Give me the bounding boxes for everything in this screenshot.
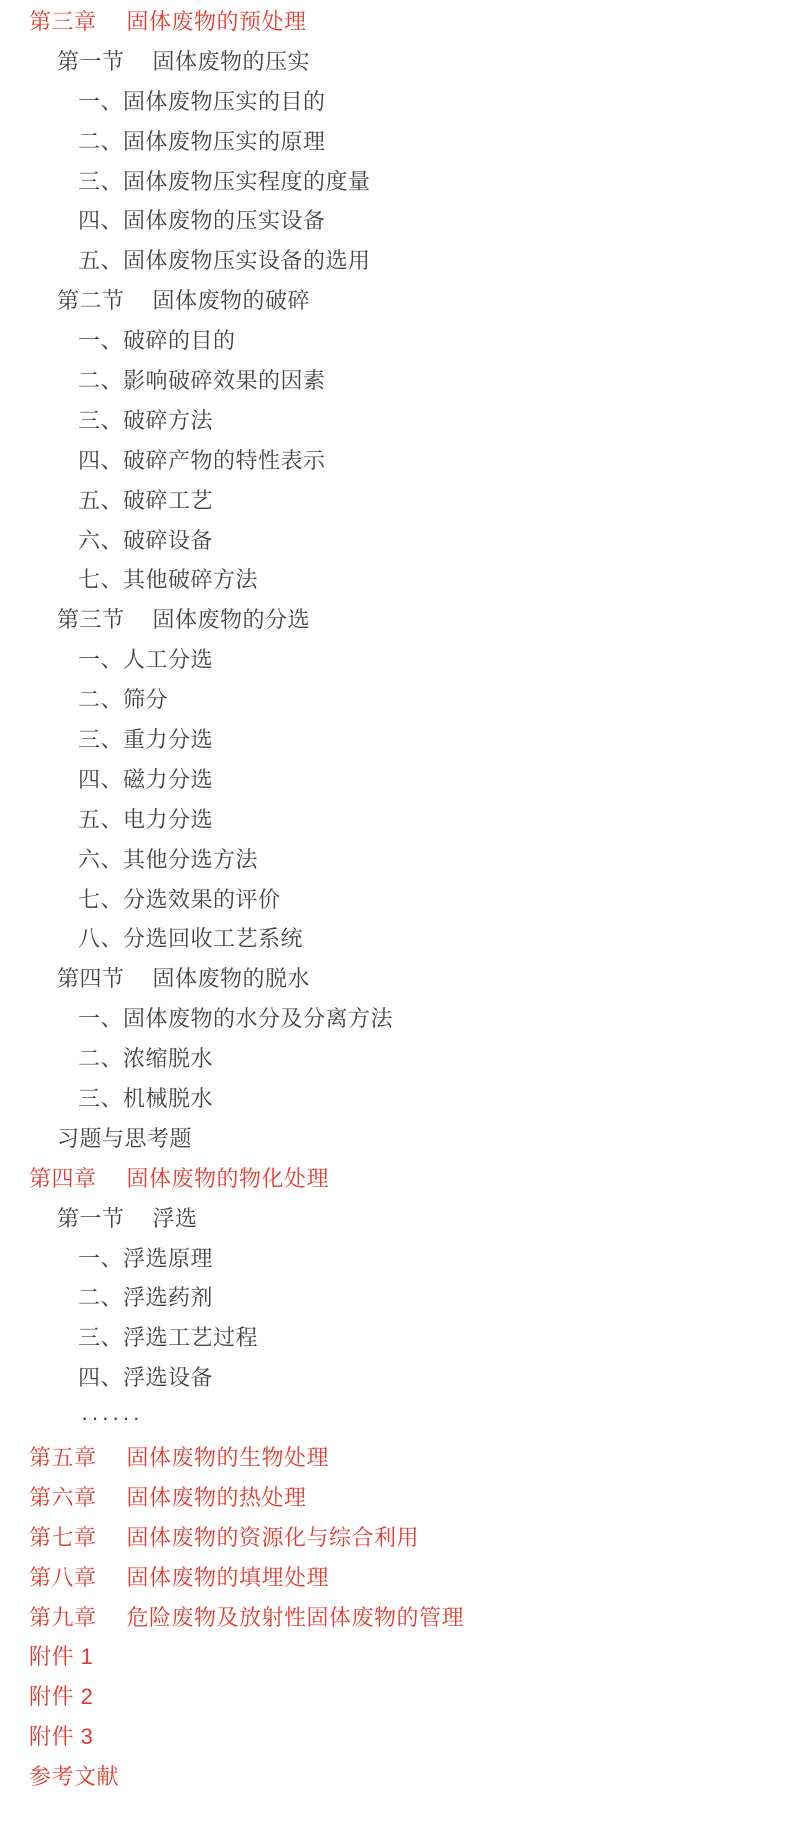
toc-line-back: 附件 3 bbox=[0, 1717, 790, 1757]
toc-entry-text: 四、破碎产物的特性表示 bbox=[78, 450, 326, 472]
section-title: 固体废物的脱水 bbox=[153, 968, 311, 990]
toc-entry-text: 二、固体废物压实的原理 bbox=[78, 131, 326, 153]
toc-line-chapter: 第九章危险废物及放射性固体废物的管理 bbox=[0, 1598, 790, 1638]
toc-entry-text: 一、破碎的目的 bbox=[78, 330, 236, 352]
toc-line-chapter: 第六章固体废物的热处理 bbox=[0, 1478, 790, 1518]
toc-line-chapter: 第三章固体废物的预处理 bbox=[0, 2, 790, 42]
chapter-label: 第八章 bbox=[29, 1567, 97, 1589]
toc-line-item: 二、浓缩脱水 bbox=[0, 1039, 790, 1079]
toc-entry-text: 二、浓缩脱水 bbox=[78, 1048, 213, 1070]
toc-line-item: 一、浮选原理 bbox=[0, 1239, 790, 1279]
toc-line-item: 一、破碎的目的 bbox=[0, 321, 790, 361]
chapter-title: 固体废物的物化处理 bbox=[127, 1168, 330, 1190]
ellipsis-text: ······ bbox=[81, 1407, 143, 1429]
toc-entry-text: 二、筛分 bbox=[78, 689, 168, 711]
chapter-label: 第六章 bbox=[29, 1487, 97, 1509]
chapter-label: 第七章 bbox=[29, 1527, 97, 1549]
toc-entry-text: 二、浮选药剂 bbox=[78, 1287, 213, 1309]
section-label: 第一节 bbox=[57, 1208, 125, 1230]
toc-line-ellipsis: ······ bbox=[0, 1398, 790, 1438]
toc-entry-text: 七、分选效果的评价 bbox=[78, 889, 281, 911]
toc-line-section: 第三节固体废物的分选 bbox=[0, 600, 790, 640]
toc-line-item: 三、浮选工艺过程 bbox=[0, 1318, 790, 1358]
toc-line-item: 二、影响破碎效果的因素 bbox=[0, 361, 790, 401]
toc-line-item: 二、筛分 bbox=[0, 680, 790, 720]
toc-entry-text: 三、破碎方法 bbox=[78, 410, 213, 432]
section-title: 浮选 bbox=[153, 1208, 198, 1230]
toc-entry-text: 五、电力分选 bbox=[78, 809, 213, 831]
toc-line-item: 八、分选回收工艺系统 bbox=[0, 919, 790, 959]
toc-line-item: 三、机械脱水 bbox=[0, 1079, 790, 1119]
toc-line-item: 五、破碎工艺 bbox=[0, 481, 790, 521]
toc-entry-text: 四、固体废物的压实设备 bbox=[78, 210, 326, 232]
toc-line-item: 六、破碎设备 bbox=[0, 521, 790, 561]
toc-line-chapter: 第五章固体废物的生物处理 bbox=[0, 1438, 790, 1478]
toc-line-back: 参考文献 bbox=[0, 1757, 790, 1797]
section-label: 第二节 bbox=[57, 290, 125, 312]
toc-entry-text: 三、固体废物压实程度的度量 bbox=[78, 171, 371, 193]
toc-entry-text: 一、浮选原理 bbox=[78, 1248, 213, 1270]
toc-entry-text: 五、破碎工艺 bbox=[78, 490, 213, 512]
toc-entry-text: 六、破碎设备 bbox=[78, 530, 213, 552]
toc-entry-text: 一、固体废物的水分及分离方法 bbox=[78, 1008, 393, 1030]
toc-entry-text: 一、人工分选 bbox=[78, 649, 213, 671]
toc-line-chapter: 第四章固体废物的物化处理 bbox=[0, 1159, 790, 1199]
section-title: 固体废物的压实 bbox=[153, 51, 311, 73]
toc-line-item: 四、破碎产物的特性表示 bbox=[0, 441, 790, 481]
toc-line-section: 第四节固体废物的脱水 bbox=[0, 959, 790, 999]
toc-line-item: 一、固体废物压实的目的 bbox=[0, 82, 790, 122]
toc-line-item: 六、其他分选方法 bbox=[0, 840, 790, 880]
toc-entry-text: 四、磁力分选 bbox=[78, 769, 213, 791]
toc-line-section: 第二节固体废物的破碎 bbox=[0, 281, 790, 321]
table-of-contents: 第三章固体废物的预处理第一节固体废物的压实一、固体废物压实的目的二、固体废物压实… bbox=[0, 0, 790, 1797]
toc-entry-text: 二、影响破碎效果的因素 bbox=[78, 370, 326, 392]
toc-entry-text: 四、浮选设备 bbox=[78, 1367, 213, 1389]
toc-line-item: 一、固体废物的水分及分离方法 bbox=[0, 999, 790, 1039]
toc-entry-text: 七、其他破碎方法 bbox=[78, 569, 258, 591]
toc-line-item: 五、固体废物压实设备的选用 bbox=[0, 241, 790, 281]
toc-line-back: 附件 1 bbox=[0, 1638, 790, 1678]
toc-line-chapter: 第八章固体废物的填埋处理 bbox=[0, 1558, 790, 1598]
chapter-title: 固体废物的预处理 bbox=[127, 11, 307, 33]
toc-entry-text: 附件 1 bbox=[29, 1646, 93, 1668]
toc-line-item: 四、固体废物的压实设备 bbox=[0, 201, 790, 241]
toc-line-plain: 习题与思考题 bbox=[0, 1119, 790, 1159]
chapter-title: 固体废物的热处理 bbox=[127, 1487, 307, 1509]
toc-line-section: 第一节固体废物的压实 bbox=[0, 42, 790, 82]
toc-entry-text: 六、其他分选方法 bbox=[78, 849, 258, 871]
toc-line-chapter: 第七章固体废物的资源化与综合利用 bbox=[0, 1518, 790, 1558]
toc-entry-text: 附件 2 bbox=[29, 1686, 93, 1708]
toc-entry-text: 八、分选回收工艺系统 bbox=[78, 928, 303, 950]
toc-entry-text: 三、机械脱水 bbox=[78, 1088, 213, 1110]
chapter-title: 危险废物及放射性固体废物的管理 bbox=[127, 1607, 465, 1629]
toc-line-item: 三、破碎方法 bbox=[0, 401, 790, 441]
section-title: 固体废物的破碎 bbox=[153, 290, 311, 312]
toc-entry-text: 附件 3 bbox=[29, 1726, 93, 1748]
toc-line-item: 二、浮选药剂 bbox=[0, 1279, 790, 1319]
toc-entry-text: 三、重力分选 bbox=[78, 729, 213, 751]
chapter-label: 第三章 bbox=[29, 11, 97, 33]
toc-line-section: 第一节浮选 bbox=[0, 1199, 790, 1239]
chapter-title: 固体废物的填埋处理 bbox=[127, 1567, 330, 1589]
section-title: 固体废物的分选 bbox=[153, 609, 311, 631]
toc-line-item: 三、重力分选 bbox=[0, 720, 790, 760]
section-label: 第一节 bbox=[57, 51, 125, 73]
toc-entry-text: 三、浮选工艺过程 bbox=[78, 1327, 258, 1349]
toc-entry-text: 五、固体废物压实设备的选用 bbox=[78, 250, 371, 272]
toc-line-item: 七、分选效果的评价 bbox=[0, 880, 790, 920]
toc-line-item: 三、固体废物压实程度的度量 bbox=[0, 162, 790, 202]
toc-entry-text: 参考文献 bbox=[29, 1766, 119, 1788]
toc-line-item: 二、固体废物压实的原理 bbox=[0, 122, 790, 162]
chapter-label: 第九章 bbox=[29, 1607, 97, 1629]
chapter-title: 固体废物的生物处理 bbox=[127, 1447, 330, 1469]
toc-line-item: 七、其他破碎方法 bbox=[0, 560, 790, 600]
section-label: 第四节 bbox=[57, 968, 125, 990]
toc-entry-text: 一、固体废物压实的目的 bbox=[78, 91, 326, 113]
toc-line-item: 五、电力分选 bbox=[0, 800, 790, 840]
toc-line-item: 四、磁力分选 bbox=[0, 760, 790, 800]
toc-line-item: 一、人工分选 bbox=[0, 640, 790, 680]
chapter-title: 固体废物的资源化与综合利用 bbox=[127, 1527, 420, 1549]
chapter-label: 第五章 bbox=[29, 1447, 97, 1469]
section-label: 第三节 bbox=[57, 609, 125, 631]
chapter-label: 第四章 bbox=[29, 1168, 97, 1190]
toc-line-back: 附件 2 bbox=[0, 1677, 790, 1717]
toc-line-item: 四、浮选设备 bbox=[0, 1358, 790, 1398]
toc-entry-text: 习题与思考题 bbox=[57, 1128, 192, 1150]
